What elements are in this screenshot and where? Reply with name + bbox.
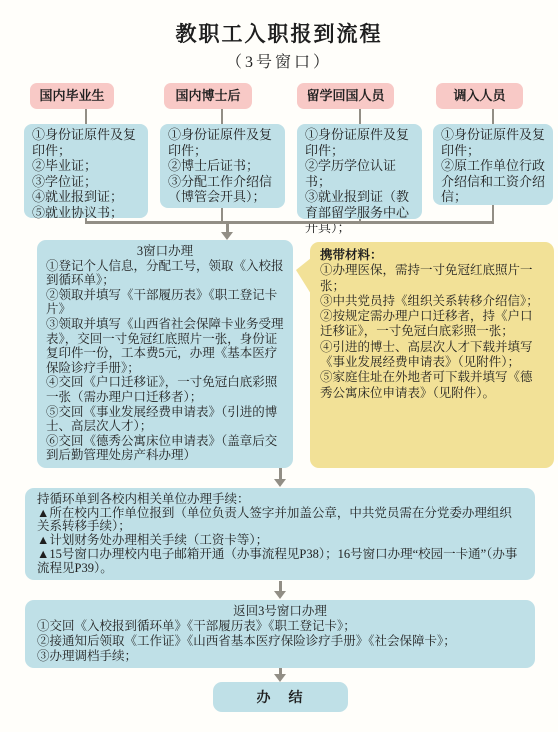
category-box-returned-overseas: ①身份证原件及复印件；②学历学位认证书；③就业报到证（教育部留学服务中心开具）；: [297, 124, 422, 219]
list-item: ①身份证原件及复印件；: [168, 127, 277, 158]
list-item: ⑤家庭住址在外地者可下载并填写《德秀公寓床位申请表》（见附件）。: [320, 370, 544, 401]
list-item: ①登记个人信息，分配工号，领取《入校报到循环单》；: [46, 259, 284, 288]
window3-items: ①登记个人信息，分配工号，领取《入校报到循环单》；②领取并填写《干部履历表》《职…: [46, 259, 284, 463]
arrow-head-icon: [274, 591, 286, 599]
campus-items: ▲所在校内工作单位报到（单位负责人签字并加盖公章，中共党员需在分党委办理组织关系…: [37, 507, 523, 576]
list-item: ③学位证；: [32, 174, 140, 190]
list-item: ①身份证原件及复印件；: [32, 127, 140, 158]
return-window3-box: 返回3号窗口办理 ①交回《入校报到循环单》《干部履历表》《职工登记卡》；②接通知…: [25, 600, 535, 668]
list-item: ④就业报到证；: [32, 189, 140, 205]
list-item: ②按规定需办理户口迁移者，持《户口迁移证》，一寸免冠白底彩照一张；: [320, 309, 544, 340]
list-item: ③分配工作介绍信（博管会开具）；: [168, 174, 277, 205]
list-item: ⑤交回《事业发展经费申请表》（引进的博士、高层次人才）；: [46, 405, 284, 434]
category-header-returned-overseas: 留学回国人员: [297, 83, 394, 109]
list-item: ②毕业证；: [32, 158, 140, 174]
category-box-domestic-graduates: ①身份证原件及复印件；②毕业证；③学位证；④就业报到证；⑤就业协议书；: [24, 124, 148, 218]
category-header-transferred-staff: 调入人员: [436, 83, 523, 109]
list-item: ④引进的博士、高层次人才下载并填写《事业发展经费申请表》（见附件）；: [320, 340, 544, 371]
list-item: ②领取并填写《干部履历表》《职工登记卡片》: [46, 288, 284, 317]
connector-hline: [85, 221, 494, 224]
materials-items: ①办理医保，需持一寸免冠红底照片一张；③中共党员持《组织关系转移介绍信》；②按规…: [320, 263, 544, 401]
connector-line: [85, 109, 87, 124]
window3-box: 3窗口办理 ①登记个人信息，分配工号，领取《入校报到循环单》；②领取并填写《干部…: [37, 240, 293, 468]
connector-line: [492, 205, 494, 222]
list-item: ④交回《户口迁移证》，一寸免冠白底彩照一张（需办理户口迁移者）；: [46, 375, 284, 404]
list-item: ①交回《入校报到循环单》《干部履历表》《职工登记卡》；: [37, 619, 523, 634]
list-item: ③就业报到证（教育部留学服务中心开具）；: [305, 189, 414, 236]
connector-line: [492, 109, 494, 124]
campus-title: 持循环单到各校内相关单位办理手续：: [37, 493, 523, 507]
category-box-transferred-staff: ①身份证原件及复印件；②原工作单位行政介绍信和工资介绍信；: [433, 124, 553, 205]
list-item: ①身份证原件及复印件；: [441, 127, 545, 158]
list-item: ③中共党员持《组织关系转移介绍信》；: [320, 294, 544, 309]
list-item: ▲计划财务处办理相关手续（工资卡等）；: [37, 534, 523, 548]
list-item: ②原工作单位行政介绍信和工资介绍信；: [441, 158, 545, 205]
list-item: ②博士后证书；: [168, 158, 277, 174]
arrow-head-icon: [221, 232, 233, 240]
list-item: ②学历学位认证书；: [305, 158, 414, 189]
list-item: ③领取并填写《山西省社会保障卡业务受理表》，交回一寸免冠红底照片一张，身份证复印…: [46, 317, 284, 375]
list-item: ①身份证原件及复印件；: [305, 127, 414, 158]
return-window3-title: 返回3号窗口办理: [37, 604, 523, 619]
return-window3-items: ①交回《入校报到循环单》《干部履历表》《职工登记卡》；②接通知后领取《工作证》《…: [37, 619, 523, 664]
campus-units-box: 持循环单到各校内相关单位办理手续： ▲所在校内工作单位报到（单位负责人签字并加盖…: [25, 488, 535, 580]
connector-line: [359, 109, 361, 124]
window3-title: 3窗口办理: [46, 244, 284, 259]
list-item: ②接通知后领取《工作证》《山西省基本医疗保险诊疗手册》《社会保障卡》；: [37, 634, 523, 649]
page-subtitle: （3号窗口）: [0, 49, 558, 72]
materials-title: 携带材料：: [320, 248, 544, 263]
connector-line: [221, 208, 223, 222]
arrow-head-icon: [274, 674, 286, 682]
list-item: ①办理医保，需持一寸免冠红底照片一张；: [320, 263, 544, 294]
flowchart-canvas: 教职工入职报到流程 （3号窗口） 国内毕业生 国内博士后 留学回国人员 调入人员…: [0, 0, 558, 732]
category-header-domestic-postdoc: 国内博士后: [164, 83, 252, 109]
done-box: 办 结: [213, 682, 348, 712]
materials-callout: 携带材料： ①办理医保，需持一寸免冠红底照片一张；③中共党员持《组织关系转移介绍…: [310, 242, 554, 468]
list-item: ▲所在校内工作单位报到（单位负责人签字并加盖公章，中共党员需在分党委办理组织关系…: [37, 507, 523, 534]
category-header-domestic-graduates: 国内毕业生: [30, 83, 114, 109]
category-box-domestic-postdoc: ①身份证原件及复印件；②博士后证书；③分配工作介绍信（博管会开具）；: [160, 124, 285, 208]
connector-line: [221, 109, 223, 124]
list-item: ⑥交回《德秀公寓床位申请表》（盖章后交到后勤管理处房产科办理）: [46, 434, 284, 463]
arrow-head-icon: [274, 479, 286, 487]
list-item: ▲15号窗口办理校内电子邮箱开通（办事流程见P38）；16号窗口办理“校园一卡通…: [37, 548, 523, 575]
callout-pointer-icon: [296, 258, 311, 294]
page-title: 教职工入职报到流程: [0, 18, 558, 48]
list-item: ③办理调档手续；: [37, 649, 523, 664]
